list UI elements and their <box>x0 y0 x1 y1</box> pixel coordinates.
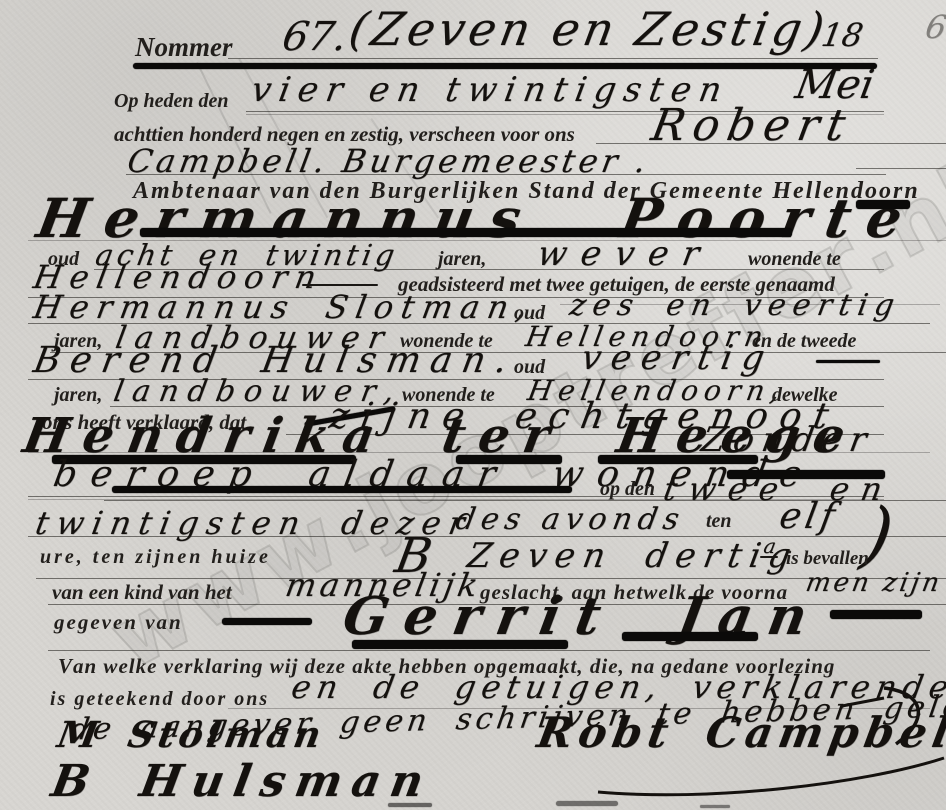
printed-form-text: jaren, <box>54 384 102 407</box>
handwritten-witness2-age: veertig <box>578 338 777 378</box>
handwritten-dash <box>816 360 880 363</box>
pen-tail-stroke <box>760 556 778 558</box>
ink-bar <box>112 486 572 493</box>
scanned-birth-certificate: www.jooptreffer.nl Nommer 67. (Zeven en … <box>0 0 946 810</box>
signature-witness-1: M Stolman <box>54 714 328 756</box>
ink-bar <box>133 63 877 69</box>
handwritten-hour: elf <box>776 496 841 537</box>
printed-form-text: van een kind van het <box>52 580 232 605</box>
pen-tail-stroke <box>302 284 378 286</box>
ink-bar <box>622 632 758 641</box>
stray-stroke <box>560 304 940 305</box>
printed-number-label: Nommer <box>135 32 233 63</box>
printed-form-text: jaren, <box>438 248 486 271</box>
printed-form-text: ure, ten zijnen huize <box>40 546 271 569</box>
baseline-rule <box>228 58 878 59</box>
printed-form-text: wonende te <box>748 248 841 271</box>
handwritten-occupation: wever <box>534 234 716 274</box>
printed-form-text: Op heden den <box>114 90 228 113</box>
ink-bar <box>830 610 922 619</box>
baseline-rule <box>126 174 886 175</box>
handwritten-act-number: 67. <box>279 14 351 60</box>
signature-underline-flourish <box>598 758 944 795</box>
ink-bar <box>222 618 312 625</box>
printed-form-text: op den <box>600 478 655 501</box>
ink-bar <box>856 200 910 209</box>
handwritten-witness1-age: zes en veertig <box>567 288 904 323</box>
signature-witness-2: B Hulsman <box>48 756 438 807</box>
cutoff-mark <box>556 801 618 806</box>
printed-form-text: gegeven van <box>54 610 183 635</box>
handwritten-edge-digit: 6 <box>923 8 946 46</box>
printed-form-text: ten <box>706 510 732 533</box>
cutoff-mark <box>700 805 730 808</box>
handwritten-house-number: Zeven dertig <box>464 536 801 576</box>
handwritten-time-of-day: des avonds <box>453 502 688 537</box>
handwritten-birth-day: twee en <box>661 470 898 508</box>
handwritten-number-words: (Zeven en Zestig) <box>345 2 832 56</box>
handwritten-year-prefix: 18 <box>819 16 866 54</box>
baseline-rule <box>28 452 930 453</box>
ink-bar <box>352 640 568 649</box>
printed-form-text: is bevallen <box>786 548 869 570</box>
signature-official: Robt Campbell. <box>534 708 946 757</box>
baseline-rule <box>48 650 930 651</box>
baseline-rule <box>856 168 946 169</box>
cutoff-mark <box>388 803 432 807</box>
